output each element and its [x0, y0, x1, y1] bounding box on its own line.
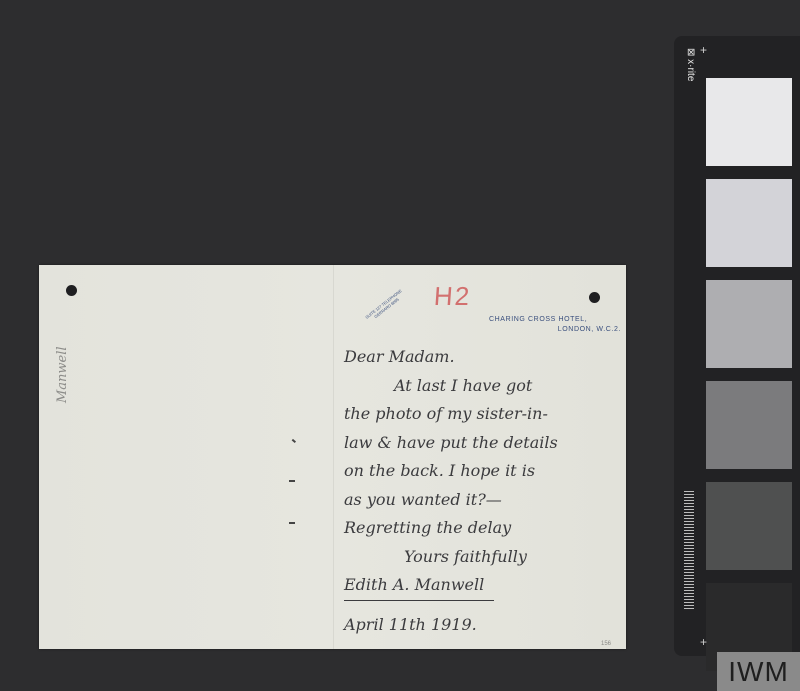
ink-mark [289, 480, 295, 482]
grey-patch-5 [706, 482, 792, 570]
brand-label: ⊠ x·rite [685, 48, 696, 81]
margin-note: Manwell [55, 346, 70, 403]
salutation: Dear Madam. [344, 343, 624, 372]
page-number: 156 [601, 641, 611, 647]
margin-marks [289, 440, 309, 540]
hotel-name: CHARING CROSS HOTEL, [489, 316, 621, 323]
body-line: on the back. I hope it is [344, 457, 624, 486]
letter-date: April 11th 1919. [344, 611, 624, 640]
crosshair-icon: + [700, 44, 707, 56]
fold-line [333, 265, 334, 649]
body-line: Regretting the delay [344, 514, 624, 543]
ink-mark [292, 439, 296, 443]
grey-patch-1 [706, 78, 792, 166]
punch-hole-right [589, 292, 600, 303]
hotel-address: LONDON, W.C.2. [489, 326, 621, 333]
colour-calibration-chart: + ⊠ x·rite + [674, 36, 800, 656]
iwm-watermark: IWM [717, 652, 800, 691]
punch-hole-left [66, 285, 77, 296]
body-line: as you wanted it?— [344, 486, 624, 515]
signature: Edith A. Manwell [344, 571, 494, 601]
brand-text: x·rite [685, 59, 696, 81]
archive-reference: H2 [433, 281, 472, 312]
letterhead: CHARING CROSS HOTEL, LONDON, W.C.2. [489, 316, 621, 333]
grey-patch-4 [706, 381, 792, 469]
body-line: law & have put the details [344, 429, 624, 458]
grey-patch-3 [706, 280, 792, 368]
xrite-logo-icon: ⊠ [685, 48, 696, 59]
closing: Yours faithfully [344, 543, 624, 572]
crosshair-icon: + [700, 636, 707, 648]
body-line: the photo of my sister-in- [344, 400, 624, 429]
letter-document: H2 SUITE 127 TELEPHONE GERRARD 8085 CHAR… [39, 265, 626, 649]
telephone-stamp: SUITE 127 TELEPHONE GERRARD 8085 [362, 287, 408, 326]
grey-patch-2 [706, 179, 792, 267]
ink-mark [289, 522, 295, 524]
scale-ruler [684, 491, 694, 611]
body-line: At last I have got [344, 372, 624, 401]
letter-body: Dear Madam. At last I have got the photo… [344, 343, 624, 639]
